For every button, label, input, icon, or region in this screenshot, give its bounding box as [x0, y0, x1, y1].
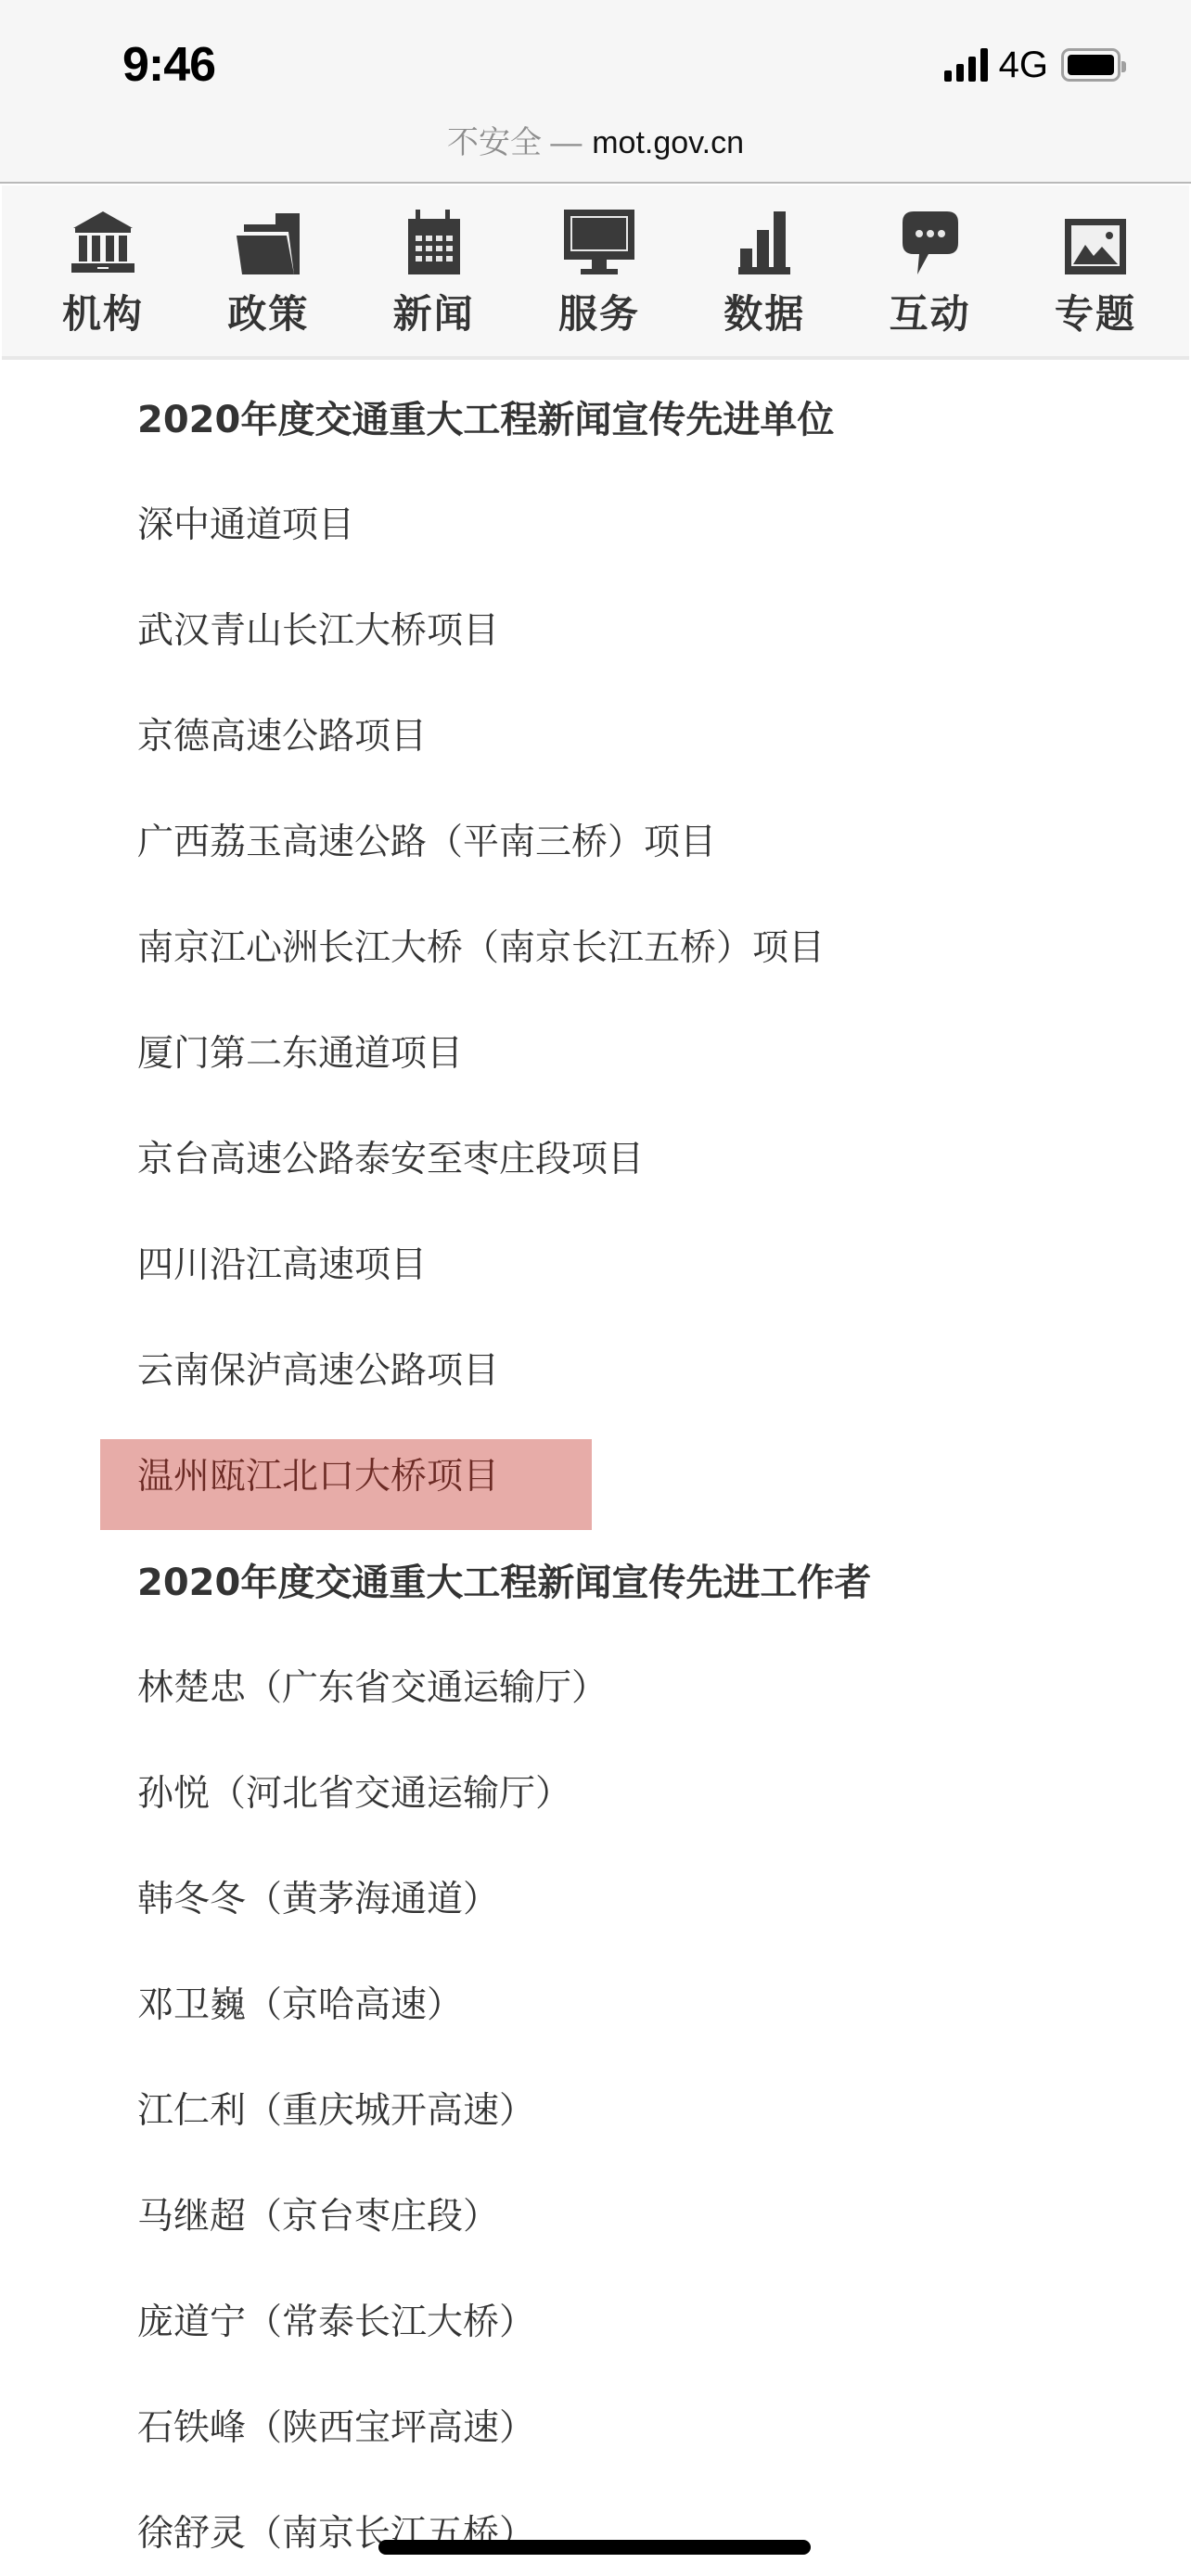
section-heading-units: 2020年度交通重大工程新闻宣传先进单位	[137, 397, 834, 443]
nav-label: 互动	[890, 284, 971, 339]
list-item: 石铁峰（陕西宝坪高速）	[137, 2405, 535, 2452]
list-item: 孙悦（河北省交通运输厅）	[137, 1771, 571, 1817]
status-time: 9:46	[122, 37, 215, 93]
nav-item-topics[interactable]: 专题	[1035, 185, 1156, 356]
nav-item-interaction[interactable]: 互动	[870, 185, 991, 356]
nav-item-news[interactable]: 新闻	[374, 185, 494, 356]
list-item: 江仁利（重庆城开高速）	[137, 2088, 535, 2135]
list-item: 邓卫巍（京哈高速）	[137, 1983, 463, 2029]
list-item: 武汉青山长江大桥项目	[137, 608, 499, 655]
url-domain: mot.gov.cn	[592, 125, 744, 160]
list-item: 韩冬冬（黄茅海通道）	[137, 1877, 499, 1923]
section-heading-workers: 2020年度交通重大工程新闻宣传先进工作者	[137, 1560, 871, 1606]
institution-icon	[66, 206, 140, 276]
nav-label: 政策	[227, 284, 309, 339]
list-item-highlighted: 温州瓯江北口大桥项目	[137, 1454, 499, 1500]
folder-icon	[231, 206, 305, 276]
nav-label: 新闻	[393, 284, 475, 339]
cellular-signal-icon	[944, 48, 988, 82]
list-item: 京台高速公路泰安至枣庄段项目	[137, 1137, 644, 1183]
address-bar[interactable]: 不安全 — mot.gov.cn	[0, 117, 1191, 162]
status-indicators: 4G	[944, 46, 1121, 83]
list-item: 庞道宁（常泰长江大桥）	[137, 2300, 535, 2346]
battery-full-icon	[1061, 48, 1121, 82]
nav-label: 数据	[724, 284, 805, 339]
list-item: 林楚忠（广东省交通运输厅）	[137, 1665, 608, 1712]
list-item: 深中通道项目	[137, 503, 354, 549]
nav-item-data[interactable]: 数据	[704, 185, 825, 356]
list-item: 四川沿江高速项目	[137, 1243, 427, 1289]
list-item: 马继超（京台枣庄段）	[137, 2194, 499, 2240]
chat-bubble-icon	[893, 206, 967, 276]
nav-label: 服务	[558, 284, 640, 339]
list-item: 南京江心洲长江大桥（南京长江五桥）项目	[137, 925, 825, 972]
home-indicator[interactable]	[378, 2540, 811, 2555]
calendar-icon	[397, 206, 471, 276]
list-item: 云南保泸高速公路项目	[137, 1348, 499, 1395]
site-nav: 机构 政策 新闻 服务 数据 互动 专题	[2, 185, 1189, 360]
bar-chart-icon	[727, 206, 801, 276]
monitor-icon	[562, 206, 636, 276]
list-item: 厦门第二东通道项目	[137, 1031, 463, 1078]
nav-label: 专题	[1055, 284, 1136, 339]
browser-top-chrome: 9:46 4G 不安全 — mot.gov.cn	[0, 0, 1191, 184]
nav-label: 机构	[62, 284, 144, 339]
nav-item-service[interactable]: 服务	[539, 185, 660, 356]
list-item: 广西荔玉高速公路（平南三桥）项目	[137, 820, 716, 866]
list-item: 京德高速公路项目	[137, 714, 427, 760]
picture-icon	[1058, 206, 1133, 276]
nav-item-policy[interactable]: 政策	[208, 185, 328, 356]
not-secure-label: 不安全 —	[447, 125, 582, 160]
network-type: 4G	[999, 45, 1048, 86]
nav-item-institution[interactable]: 机构	[43, 185, 163, 356]
